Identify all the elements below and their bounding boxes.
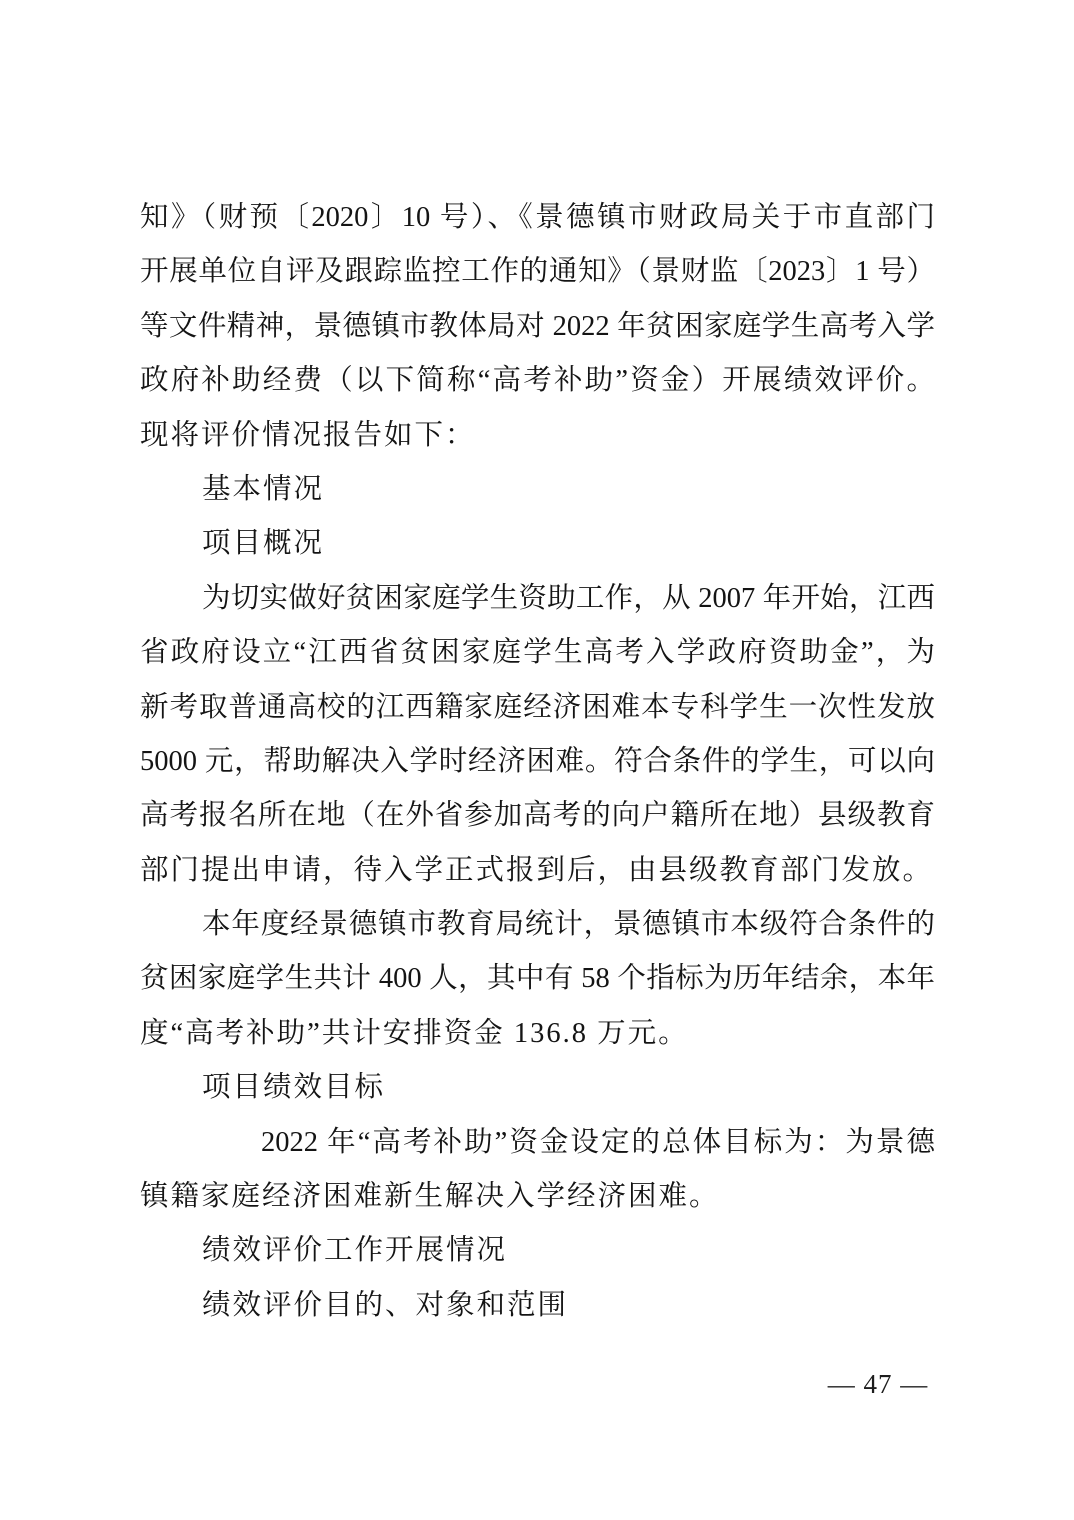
text-line: 知》（财预〔2020〕10 号）、《景德镇市财政局关于市直部门 [140, 191, 935, 245]
text-line: 为切实做好贫困家庭学生资助工作，从 2007 年开始，江西 [140, 572, 935, 626]
text-line: 新考取普通高校的江西籍家庭经济困难本专科学生一次性发放 [140, 681, 935, 735]
text-line: 5000 元，帮助解决入学时经济困难。符合条件的学生，可以向 [140, 735, 935, 789]
text-line: 本年度经景德镇市教育局统计，景德镇市本级符合条件的 [140, 898, 935, 952]
text-line: 度“高考补助”共计安排资金 136.8 万元。 [140, 1007, 935, 1061]
text-line: 政府补助经费（以下简称“高考补助”资金）开展绩效评价。 [140, 354, 935, 408]
section-heading: 项目概况 [140, 517, 935, 571]
text-line: 现将评价情况报告如下： [140, 409, 935, 463]
text-line: 部门提出申请，待入学正式报到后，由县级教育部门发放。 [140, 844, 935, 898]
text-line: 2022 年“高考补助”资金设定的总体目标为：为景德 [140, 1116, 935, 1170]
text-line: 开展单位自评及跟踪监控工作的通知》（景财监〔2023〕1 号） [140, 245, 935, 299]
text-line: 镇籍家庭经济困难新生解决入学经济困难。 [140, 1170, 935, 1224]
section-heading: 绩效评价工作开展情况 [140, 1224, 935, 1278]
body-text: 知》（财预〔2020〕10 号）、《景德镇市财政局关于市直部门 开展单位自评及跟… [140, 191, 935, 1333]
text-line: 省政府设立“江西省贫困家庭学生高考入学政府资助金”，为 [140, 626, 935, 680]
section-heading: 基本情况 [140, 463, 935, 517]
section-heading: 绩效评价目的、对象和范围 [140, 1279, 935, 1333]
text-line: 等文件精神，景德镇市教体局对 2022 年贫困家庭学生高考入学 [140, 300, 935, 354]
document-page: 知》（财预〔2020〕10 号）、《景德镇市财政局关于市直部门 开展单位自评及跟… [0, 0, 1074, 1520]
section-heading: 项目绩效目标 [140, 1061, 935, 1115]
page-number: — 47 — [818, 1368, 938, 1400]
text-line: 贫困家庭学生共计 400 人，其中有 58 个指标为历年结余，本年 [140, 952, 935, 1006]
text-line: 高考报名所在地（在外省参加高考的向户籍所在地）县级教育 [140, 789, 935, 843]
